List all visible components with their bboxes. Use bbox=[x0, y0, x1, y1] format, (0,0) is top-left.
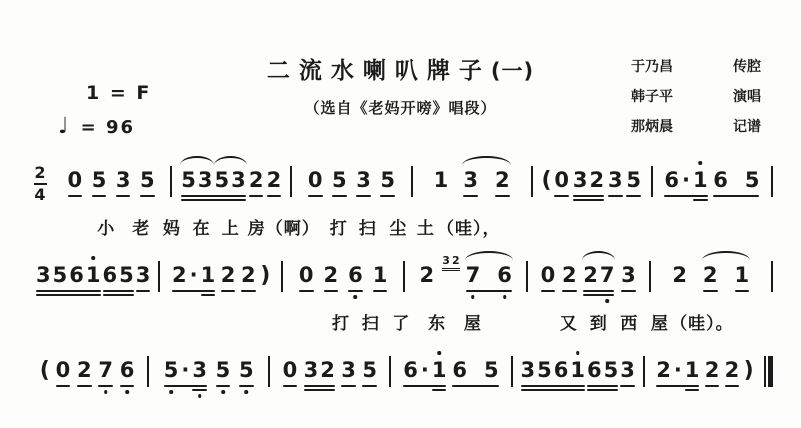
beam-line bbox=[332, 195, 347, 197]
note-digit: 6 bbox=[496, 263, 513, 288]
beam-line bbox=[267, 195, 282, 197]
beam-line bbox=[521, 389, 586, 391]
note-unit: 5 bbox=[139, 168, 156, 193]
note-unit: 65 bbox=[712, 168, 760, 193]
note-unit: 2·1 bbox=[171, 263, 216, 288]
music-system: 35616532·122)02612327602273221打扫了东屋又到西屋（… bbox=[28, 253, 773, 348]
beam-line bbox=[442, 270, 459, 271]
beam-line bbox=[541, 290, 556, 292]
measure: 02273 bbox=[528, 263, 649, 288]
credit-row: 韩子平 演唱 bbox=[631, 86, 761, 106]
sheet-music-page: 1 = F ♩ = 96 二流水喇叭牌子(一) （选自《老妈开嗙》唱段） 于乃昌… bbox=[0, 0, 801, 428]
slur-arc bbox=[582, 251, 615, 260]
beam-line bbox=[98, 385, 113, 387]
parenthesis-open: ( bbox=[40, 358, 50, 383]
note-unit: 6 bbox=[119, 358, 136, 383]
note-digit: 1 bbox=[85, 263, 102, 288]
notes-row: 35616532·122)02612327602273221 bbox=[28, 253, 773, 301]
note-unit: 5 bbox=[238, 358, 255, 383]
note-digit: 6 bbox=[102, 263, 119, 288]
augmentation-dot: · bbox=[672, 358, 684, 383]
note-unit: 2 bbox=[561, 263, 578, 288]
note-digit: 2 bbox=[419, 263, 436, 288]
octave-dot-low bbox=[125, 390, 129, 394]
note-digit: 0 bbox=[55, 358, 72, 383]
note-digit: 3 bbox=[230, 168, 247, 193]
note-unit: 2 bbox=[419, 263, 436, 288]
credit-row: 于乃昌 传腔 bbox=[631, 56, 761, 76]
beam-line bbox=[304, 389, 335, 391]
note-unit: 2 bbox=[724, 358, 741, 383]
augmentation-dot: · bbox=[680, 168, 692, 193]
measure: 6·165 bbox=[391, 358, 510, 383]
measure: 5·355 bbox=[149, 358, 268, 383]
measure: 3561653 bbox=[28, 263, 158, 288]
note-digit: 0 bbox=[307, 168, 324, 193]
note-digit: 3 bbox=[620, 263, 637, 288]
note-digit: 2 bbox=[702, 263, 719, 288]
note-unit: 5 bbox=[625, 168, 642, 193]
note-digit: 3 bbox=[619, 358, 636, 383]
credits-block: 于乃昌 传腔 韩子平 演唱 那炳晨 记谱 bbox=[631, 56, 761, 146]
note-digit: 2 bbox=[494, 168, 511, 193]
augmentation-dot: · bbox=[179, 358, 191, 383]
lyric-syllable: 西 bbox=[620, 309, 638, 334]
time-signature-top: 2 bbox=[34, 165, 45, 181]
note-digit: 6 bbox=[402, 358, 419, 383]
parenthesis-close: ) bbox=[260, 263, 270, 288]
note-digit: 2 bbox=[323, 263, 340, 288]
note-unit: 1 bbox=[372, 263, 389, 288]
note-digit: 5 bbox=[52, 263, 69, 288]
note-unit: 2 bbox=[76, 358, 93, 383]
beam-line bbox=[656, 385, 699, 387]
octave-dot-low bbox=[471, 295, 475, 299]
note-unit: 3561 bbox=[35, 263, 102, 288]
time-signature-bottom: 4 bbox=[34, 187, 45, 203]
measure: 535322 bbox=[172, 168, 290, 193]
beam-line bbox=[68, 195, 83, 197]
note-unit: 2 bbox=[248, 168, 265, 193]
beam-line bbox=[341, 385, 356, 387]
credit-role: 演唱 bbox=[733, 86, 761, 106]
note-digit: 3 bbox=[462, 168, 479, 193]
lyrics-line: 打扫了东屋又到西屋（哇）。 bbox=[28, 301, 773, 348]
final-barline bbox=[764, 356, 773, 387]
lyric-syllable: 东 bbox=[428, 309, 446, 334]
sixteenth-beam bbox=[201, 294, 216, 296]
beam-line bbox=[373, 290, 388, 292]
note-unit: 6·1 bbox=[663, 168, 708, 193]
octave-dot-low bbox=[503, 295, 507, 299]
measure: (0276 bbox=[28, 358, 147, 383]
note-unit: 6·1 bbox=[402, 358, 447, 383]
lyric-syllable: 打 bbox=[332, 309, 350, 334]
note-unit: 2 bbox=[704, 358, 721, 383]
credit-role: 传腔 bbox=[733, 56, 761, 76]
note-digit: 6 bbox=[119, 358, 136, 383]
note-digit: 2 bbox=[266, 168, 283, 193]
beam-line bbox=[380, 195, 395, 197]
note-unit: 7 bbox=[97, 358, 114, 383]
note-digit: 1 bbox=[200, 263, 217, 288]
lyric-syllable: 屋 bbox=[651, 309, 669, 334]
lyric-syllable: 尘 bbox=[389, 214, 407, 239]
beam-line bbox=[56, 385, 71, 387]
note-unit: 3 bbox=[115, 168, 132, 193]
sixteenth-beam bbox=[432, 389, 447, 391]
title-suffix: (一) bbox=[491, 55, 534, 85]
measure: 221 bbox=[651, 263, 772, 288]
beam-line bbox=[283, 385, 298, 387]
beam-line bbox=[116, 195, 131, 197]
note-digit: 2 bbox=[588, 168, 605, 193]
note-digit: 3 bbox=[572, 168, 589, 193]
sixteenth-beam bbox=[735, 290, 750, 292]
notes-row: (02765·355032356·16535616532·122) bbox=[28, 348, 773, 396]
note-digit: 2 bbox=[240, 263, 257, 288]
beam-line bbox=[554, 195, 569, 197]
note-digit: 3 bbox=[441, 255, 451, 267]
note-digit: 3 bbox=[520, 358, 537, 383]
music-system: 2405355353220535132(032356·165小老妈在上房（啊）打… bbox=[28, 158, 773, 253]
sixteenth-beam bbox=[693, 199, 708, 201]
grace-notes: 32 bbox=[441, 255, 460, 267]
credit-name: 韩子平 bbox=[631, 86, 673, 106]
lyric-syllable: 到 bbox=[590, 309, 608, 334]
note-digit: 5 bbox=[238, 358, 255, 383]
beam-line bbox=[241, 290, 256, 292]
note-digit: 3 bbox=[607, 168, 624, 193]
note-unit: 5 bbox=[91, 168, 108, 193]
lyric-syllable: 扫 bbox=[362, 309, 380, 334]
note-digit: 3 bbox=[115, 168, 132, 193]
note-digit: 1 bbox=[431, 358, 448, 383]
note-digit: 2 bbox=[704, 358, 721, 383]
measure: 0535 bbox=[52, 168, 170, 193]
measure: 0261 bbox=[283, 263, 404, 288]
beam-line bbox=[172, 290, 215, 292]
note-unit: 3 bbox=[620, 263, 637, 288]
beam-line bbox=[181, 195, 246, 197]
sixteenth-beam bbox=[495, 195, 510, 197]
note-unit: 65 bbox=[451, 358, 499, 383]
octave-dot-low bbox=[104, 390, 108, 394]
note-unit: 6 bbox=[347, 263, 364, 288]
beam-line bbox=[304, 385, 335, 387]
note-digit: 6 bbox=[347, 263, 364, 288]
music-system: (02765·355032356·16535616532·122) bbox=[28, 348, 773, 396]
note-digit: 0 bbox=[540, 263, 557, 288]
note-unit: 65 bbox=[102, 263, 135, 288]
note-unit: 32 bbox=[572, 168, 605, 193]
note-digit: 6 bbox=[586, 358, 603, 383]
augmentation-dot: · bbox=[188, 263, 200, 288]
note-digit: 6 bbox=[553, 358, 570, 383]
octave-dot-high bbox=[437, 351, 441, 355]
note-unit: 27 bbox=[582, 263, 615, 288]
note-digit: 2 bbox=[248, 168, 265, 193]
note-unit: 5 bbox=[215, 358, 232, 383]
beam-line bbox=[120, 385, 135, 387]
parenthesis-open: ( bbox=[542, 168, 552, 193]
lyric-syllable: 了 bbox=[392, 309, 410, 334]
barline bbox=[771, 261, 773, 292]
note-digit: 7 bbox=[97, 358, 114, 383]
note-digit: 5 bbox=[603, 358, 620, 383]
note-digit: 0 bbox=[67, 168, 84, 193]
beam-line bbox=[216, 385, 231, 387]
credit-role: 记谱 bbox=[733, 116, 761, 136]
beam-line bbox=[452, 385, 498, 387]
note-unit: 0 bbox=[307, 168, 324, 193]
credit-name: 那炳晨 bbox=[631, 116, 673, 136]
beam-line bbox=[299, 290, 314, 292]
note-unit: 5 bbox=[331, 168, 348, 193]
note-digit: 7 bbox=[599, 263, 616, 288]
note-digit: 0 bbox=[282, 358, 299, 383]
note-digit: 2 bbox=[582, 263, 599, 288]
note-unit: 3 bbox=[607, 168, 624, 193]
note-digit: 3 bbox=[303, 358, 320, 383]
note-digit: 6 bbox=[68, 263, 85, 288]
octave-dot-high bbox=[91, 256, 95, 260]
note-digit: 5 bbox=[215, 358, 232, 383]
beam-line bbox=[324, 290, 339, 292]
note-digit: 5 bbox=[91, 168, 108, 193]
note-unit: 2 bbox=[240, 263, 257, 288]
octave-dot-low bbox=[169, 390, 173, 394]
lyric-syllable: 在 bbox=[193, 214, 211, 239]
note-digit: 2 bbox=[220, 263, 237, 288]
beam-line bbox=[348, 290, 363, 292]
octave-dot-low bbox=[221, 390, 225, 394]
note-unit: 2 bbox=[323, 263, 340, 288]
beam-line bbox=[164, 385, 207, 387]
beam-line bbox=[442, 268, 459, 269]
score-body: 2405355353220535132(032356·165小老妈在上房（啊）打… bbox=[28, 158, 773, 396]
beam-line bbox=[608, 195, 623, 197]
beam-line bbox=[308, 195, 323, 197]
octave-dot-low bbox=[198, 394, 202, 398]
slur-arc bbox=[180, 156, 213, 165]
slur-arc bbox=[214, 156, 247, 165]
lyric-syllable: 土 bbox=[417, 214, 435, 239]
note-unit: 3 bbox=[340, 358, 357, 383]
score-header: 1 = F ♩ = 96 二流水喇叭牌子(一) （选自《老妈开嗙》唱段） 于乃昌… bbox=[28, 0, 773, 158]
note-unit: 0 bbox=[282, 358, 299, 383]
augmentation-dot: · bbox=[419, 358, 431, 383]
time-signature: 24 bbox=[28, 165, 52, 203]
lyric-syllable: （哇）。 bbox=[670, 309, 734, 334]
beam-line bbox=[140, 195, 155, 197]
note-digit: 5 bbox=[180, 168, 197, 193]
note-digit: 5 bbox=[163, 358, 180, 383]
note-unit: 76 bbox=[465, 263, 513, 288]
note-digit: 7 bbox=[465, 263, 482, 288]
beam-line bbox=[249, 195, 264, 197]
note-digit: 6 bbox=[451, 358, 468, 383]
note-digit: 0 bbox=[553, 168, 570, 193]
note-unit: 32 bbox=[462, 168, 510, 193]
octave-dot-low bbox=[244, 390, 248, 394]
slur-arc bbox=[465, 251, 513, 260]
beam-line bbox=[583, 294, 614, 296]
beam-line bbox=[626, 195, 641, 197]
notes-row: 2405355353220535132(032356·165 bbox=[28, 158, 773, 206]
note-unit: 5 bbox=[379, 168, 396, 193]
slur-arc bbox=[702, 251, 750, 260]
measure: 6·165 bbox=[653, 168, 771, 193]
note-digit: 1 bbox=[692, 168, 709, 193]
note-digit: 6 bbox=[712, 168, 729, 193]
lyric-syllable: 老 bbox=[132, 214, 150, 239]
lyric-syllable: （哇）， bbox=[437, 214, 501, 239]
beam-line bbox=[725, 385, 740, 387]
measure: 2·122) bbox=[160, 263, 281, 288]
beam-line bbox=[587, 389, 618, 391]
beam-line bbox=[562, 290, 577, 292]
sixteenth-beam bbox=[703, 290, 718, 292]
measure: 2·122) bbox=[645, 358, 764, 383]
parenthesis-close: ) bbox=[744, 358, 754, 383]
lyric-syllable: 房（啊） bbox=[248, 214, 320, 239]
note-unit: 0 bbox=[540, 263, 557, 288]
note-unit: 0 bbox=[55, 358, 72, 383]
note-digit: 5 bbox=[625, 168, 642, 193]
lyric-syllable: 屋 bbox=[464, 309, 482, 334]
note-unit: 2 bbox=[220, 263, 237, 288]
beam-line bbox=[77, 385, 92, 387]
note-digit: 5 bbox=[483, 358, 500, 383]
note-digit: 5 bbox=[379, 168, 396, 193]
beam-line bbox=[621, 290, 636, 292]
beam-line bbox=[103, 290, 134, 292]
sixteenth-beam bbox=[192, 389, 207, 391]
beam-line bbox=[587, 385, 618, 387]
sixteenth-beam bbox=[685, 389, 700, 391]
note-unit: 21 bbox=[702, 263, 750, 288]
octave-dot-high bbox=[576, 351, 580, 355]
note-unit: 0 bbox=[553, 168, 570, 193]
beam-line bbox=[103, 294, 134, 296]
note-digit: 2 bbox=[171, 263, 188, 288]
note-digit: 3 bbox=[35, 263, 52, 288]
note-digit: 5 bbox=[536, 358, 553, 383]
note-digit: 3 bbox=[340, 358, 357, 383]
lyric-syllable: 小 bbox=[97, 214, 115, 239]
beam-line bbox=[36, 294, 101, 296]
lyrics-line: 小老妈在上房（啊）打扫尘土（哇）， bbox=[28, 206, 773, 253]
note-digit: 5 bbox=[361, 358, 378, 383]
beam-line bbox=[521, 385, 586, 387]
note-digit: 5 bbox=[331, 168, 348, 193]
beam-line bbox=[92, 195, 107, 197]
note-digit: 2 bbox=[671, 263, 688, 288]
beam-line bbox=[664, 195, 707, 197]
note-digit: 5 bbox=[139, 168, 156, 193]
credit-name: 于乃昌 bbox=[631, 56, 673, 76]
lyric-syllable: 上 bbox=[222, 214, 240, 239]
note-digit: 1 bbox=[569, 358, 586, 383]
beam-line bbox=[239, 385, 254, 387]
note-digit: 3 bbox=[191, 358, 208, 383]
note-digit: 5 bbox=[118, 263, 135, 288]
beam-line bbox=[705, 385, 720, 387]
measure: 0535 bbox=[292, 168, 410, 193]
note-digit: 3 bbox=[355, 168, 372, 193]
note-unit: 3 bbox=[355, 168, 372, 193]
beam-line bbox=[583, 290, 614, 292]
lyric-syllable: 打 bbox=[330, 214, 348, 239]
octave-dot-high bbox=[699, 161, 703, 165]
note-digit: 0 bbox=[298, 263, 315, 288]
lyric-syllable: 妈 bbox=[163, 214, 181, 239]
note-unit: 2·1 bbox=[655, 358, 700, 383]
note-unit: 32 bbox=[303, 358, 336, 383]
note-unit: 5·3 bbox=[163, 358, 208, 383]
note-unit: 3561 bbox=[520, 358, 587, 383]
note-unit: 2 bbox=[671, 263, 688, 288]
credit-row: 那炳晨 记谱 bbox=[631, 116, 761, 136]
note-digit: 2 bbox=[319, 358, 336, 383]
beam-line bbox=[36, 290, 101, 292]
measure: 3561653 bbox=[513, 358, 643, 383]
measure: 03235 bbox=[270, 358, 389, 383]
slur-arc bbox=[462, 156, 510, 165]
sixteenth-beam bbox=[463, 195, 478, 197]
note-unit: 3 bbox=[135, 263, 152, 288]
barline bbox=[771, 166, 773, 197]
tempo-value: = 96 bbox=[81, 117, 135, 138]
lyric-syllable: 扫 bbox=[359, 214, 377, 239]
beam-line bbox=[362, 385, 377, 387]
note-digit: 2 bbox=[655, 358, 672, 383]
beam-line bbox=[620, 385, 635, 387]
grace-note-group: 3276 bbox=[441, 263, 513, 288]
measure: 132 bbox=[413, 168, 531, 193]
note-digit: 2 bbox=[76, 358, 93, 383]
note-digit: 2 bbox=[724, 358, 741, 383]
note-unit: 65 bbox=[586, 358, 619, 383]
title-main: 二流水喇叭牌子 bbox=[267, 52, 491, 85]
note-digit: 2 bbox=[561, 263, 578, 288]
octave-dot-low bbox=[354, 295, 358, 299]
beam-line bbox=[136, 290, 151, 292]
note-digit: 3 bbox=[197, 168, 214, 193]
note-digit: 5 bbox=[214, 168, 231, 193]
beam-line bbox=[356, 195, 371, 197]
note-digit: 1 bbox=[372, 263, 389, 288]
note-unit: 1 bbox=[433, 168, 450, 193]
beam-line bbox=[181, 199, 246, 201]
note-digit: 2 bbox=[451, 255, 461, 267]
beam-line bbox=[466, 290, 512, 292]
note-unit: 5 bbox=[361, 358, 378, 383]
note-digit: 6 bbox=[663, 168, 680, 193]
measure: (03235 bbox=[533, 168, 651, 193]
note-digit: 3 bbox=[135, 263, 152, 288]
note-unit: 2 bbox=[266, 168, 283, 193]
beam-line bbox=[573, 199, 604, 201]
measure: 23276 bbox=[405, 263, 526, 288]
beam-line bbox=[713, 195, 759, 197]
note-unit: 5353 bbox=[180, 168, 247, 193]
note-unit: 0 bbox=[298, 263, 315, 288]
note-unit: 0 bbox=[67, 168, 84, 193]
lyric-syllable: 又 bbox=[560, 309, 578, 334]
beam-line bbox=[573, 195, 604, 197]
